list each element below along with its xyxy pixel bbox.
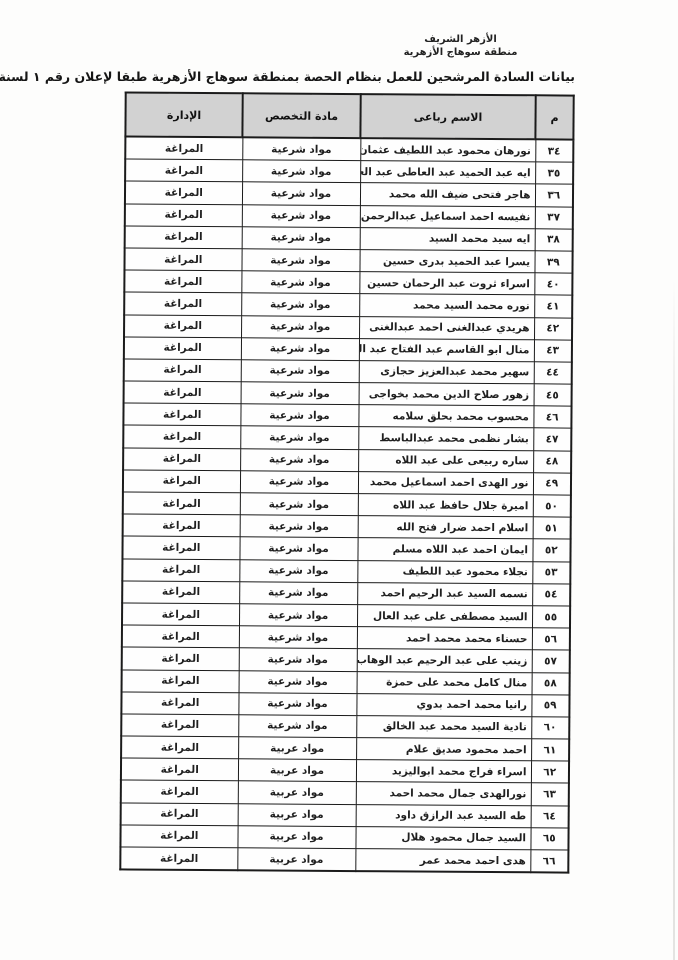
table-row: ٤٦ محسوب محمد بحلق سلامه مواد شرعية المر… — [123, 403, 571, 428]
cell-administration: المراغة — [121, 736, 238, 759]
cell-specialty-subject: مواد شرعية — [242, 227, 360, 250]
cell-candidate-name: طه السيد عبد الرازق داود — [356, 804, 531, 827]
table-header-row: م الاسم رباعى مادة التخصص الإدارة — [125, 92, 573, 139]
cell-specialty-subject: مواد شرعية — [242, 204, 360, 227]
cell-candidate-name: هاجر فتحى ضيف الله محمد — [360, 183, 535, 206]
cell-row-number: ٣٦ — [535, 184, 573, 206]
cell-specialty-subject: مواد شرعية — [239, 648, 357, 671]
cell-candidate-name: اسراء فراج محمد ابواليزيد — [356, 760, 531, 783]
cell-row-number: ٣٩ — [534, 251, 572, 273]
cell-administration: المراغة — [121, 780, 238, 803]
cell-row-number: ٥٨ — [532, 672, 570, 694]
cell-specialty-subject: مواد عربية — [238, 803, 356, 826]
cell-candidate-name: ايه عبد الحميد عبد العاطى عبد العزيز — [360, 161, 535, 184]
table-body: ٣٤ نورهان محمود عبد اللطيف عثمان مواد شر… — [120, 136, 573, 872]
cell-administration: المراغة — [120, 847, 237, 871]
table-row: ٥٦ حسناء محمد محمد احمد مواد شرعية المرا… — [122, 625, 570, 650]
cell-row-number: ٤٠ — [534, 273, 572, 295]
table-header: م الاسم رباعى مادة التخصص الإدارة — [125, 92, 573, 139]
table-row: ٦٣ نورالهدى جمال محمد احمد مواد عربية ال… — [121, 780, 569, 805]
table-row: ٤٥ زهور صلاح الدين محمد بخواجى مواد شرعي… — [124, 381, 572, 406]
cell-administration: المراغة — [124, 248, 241, 271]
cell-row-number: ٦٦ — [530, 850, 568, 873]
cell-administration: المراغة — [123, 448, 240, 471]
table-row: ٤٧ بشار نظمى محمد عبدالباسط مواد شرعية ا… — [123, 425, 571, 450]
cell-administration: المراغة — [125, 204, 242, 227]
header-admin: الإدارة — [125, 92, 242, 137]
scanned-document-page: { "org": { "line1": "الأزهر الشريف", "li… — [0, 0, 678, 960]
cell-administration: المراغة — [123, 425, 240, 448]
cell-specialty-subject: مواد شرعية — [242, 160, 360, 183]
cell-administration: المراغة — [123, 514, 240, 537]
table-row: ٣٧ نفيسه احمد اسماعيل عبدالرحمن مواد شرع… — [125, 204, 573, 229]
cell-specialty-subject: مواد شرعية — [239, 626, 357, 649]
cell-row-number: ٦٥ — [530, 828, 568, 850]
cell-administration: المراغة — [122, 603, 239, 626]
cell-candidate-name: نادية السيد محمد عبد الخالق — [356, 715, 531, 738]
table-row: ٤١ نوره محمد السيد محمد مواد شرعية المرا… — [124, 292, 572, 317]
cell-administration: المراغة — [123, 492, 240, 515]
cell-specialty-subject: مواد شرعية — [242, 137, 360, 161]
cell-row-number: ٥٦ — [532, 628, 570, 650]
cell-row-number: ٣٧ — [535, 206, 573, 228]
table-row: ٥٥ السيد مصطفى على عبد العال مواد شرعية … — [122, 603, 570, 628]
cell-row-number: ٦١ — [531, 739, 569, 761]
cell-specialty-subject: مواد عربية — [238, 781, 356, 804]
cell-specialty-subject: مواد عربية — [237, 826, 355, 849]
cell-row-number: ٦٣ — [531, 783, 569, 805]
table-row: ٣٥ ايه عبد الحميد عبد العاطى عبد العزيز … — [125, 159, 573, 184]
table-row: ٤٣ منال ابو القاسم عبد الفتاح عبد اللاه … — [124, 337, 572, 362]
cell-specialty-subject: مواد شرعية — [241, 337, 359, 360]
cell-specialty-subject: مواد شرعية — [241, 271, 359, 294]
cell-specialty-subject: مواد عربية — [238, 737, 356, 760]
cell-candidate-name: حسناء محمد محمد احمد — [357, 627, 532, 650]
cell-row-number: ٣٨ — [535, 229, 573, 251]
cell-administration: المراغة — [125, 181, 242, 204]
cell-administration: المراغة — [121, 692, 238, 715]
cell-row-number: ٥٩ — [531, 694, 569, 716]
header-subject: مادة التخصص — [242, 93, 360, 138]
cell-row-number: ٦٤ — [531, 805, 569, 827]
cell-candidate-name: نور الهدى احمد اسماعيل محمد — [358, 471, 533, 494]
cell-specialty-subject: مواد شرعية — [239, 604, 357, 627]
cell-candidate-name: اميرة جلال حافظ عبد اللاه — [358, 494, 533, 517]
cell-specialty-subject: مواد شرعية — [241, 315, 359, 338]
cell-administration: المراغة — [121, 803, 238, 826]
cell-candidate-name: هريدي عبدالغنى احمد عبدالغنى — [359, 316, 534, 339]
cell-administration: المراغة — [124, 359, 241, 382]
cell-administration: المراغة — [124, 337, 241, 360]
cell-specialty-subject: مواد شرعية — [240, 448, 358, 471]
page-edge-shadow — [673, 280, 675, 960]
cell-specialty-subject: مواد شرعية — [241, 382, 359, 405]
cell-candidate-name: احمد محمود صديق علام — [356, 738, 531, 761]
table-row: ٦٤ طه السيد عبد الرازق داود مواد عربية ا… — [121, 803, 569, 828]
cell-row-number: ٤٣ — [534, 339, 572, 361]
cell-specialty-subject: مواد شرعية — [240, 426, 358, 449]
cell-row-number: ٥٧ — [532, 650, 570, 672]
cell-row-number: ٦٠ — [531, 717, 569, 739]
cell-administration: المراغة — [125, 226, 242, 249]
cell-specialty-subject: مواد شرعية — [239, 537, 357, 560]
cell-candidate-name: السيد مصطفى على عبد العال — [357, 605, 532, 628]
table-row: ٤٤ سهير محمد عبدالعزيز حجازى مواد شرعية … — [124, 359, 572, 384]
table-row: ٣٩ يسرا عبد الحميد بدرى حسين مواد شرعية … — [124, 248, 572, 273]
cell-specialty-subject: مواد شرعية — [241, 360, 359, 383]
cell-candidate-name: نجلاء محمود عبد اللطيف — [357, 560, 532, 583]
cell-candidate-name: نوره محمد السيد محمد — [359, 294, 534, 317]
cell-row-number: ٥٣ — [532, 561, 570, 583]
cell-row-number: ٤٢ — [534, 317, 572, 339]
org-header: الأزهر الشريف منطقة سوهاج الأزهرية — [398, 33, 523, 59]
table-row: ٣٤ نورهان محمود عبد اللطيف عثمان مواد شر… — [125, 136, 573, 162]
table-row: ٤٢ هريدي عبدالغنى احمد عبدالغنى مواد شرع… — [124, 314, 572, 339]
cell-specialty-subject: مواد شرعية — [240, 471, 358, 494]
cell-administration: المراغة — [122, 647, 239, 670]
table-row: ٥١ اسلام احمد ضرار فتح الله مواد شرعية ا… — [123, 514, 571, 539]
org-name-line2: منطقة سوهاج الأزهرية — [398, 46, 523, 59]
table-row: ٦٢ اسراء فراج محمد ابواليزيد مواد عربية … — [121, 758, 569, 783]
cell-row-number: ٤٩ — [533, 473, 571, 495]
table-row: ٥٢ ايمان احمد عبد اللاه مسلم مواد شرعية … — [122, 536, 570, 561]
cell-row-number: ٤٦ — [533, 406, 571, 428]
table-row: ٥٨ منال كامل محمد على حمزة مواد شرعية ال… — [122, 669, 570, 694]
cell-row-number: ٣٤ — [535, 139, 573, 162]
cell-administration: المراغة — [124, 314, 241, 337]
table-row: ٥٤ نسمه السيد عبد الرحيم احمد مواد شرعية… — [122, 581, 570, 606]
cell-administration: المراغة — [124, 270, 241, 293]
cell-row-number: ٥٠ — [533, 495, 571, 517]
table-row: ٦٥ السيد جمال محمود هلال مواد عربية المر… — [120, 825, 568, 850]
cell-candidate-name: منال ابو القاسم عبد الفتاح عبد اللاه — [359, 338, 534, 361]
cell-candidate-name: زينب على عبد الرحيم عبد الوهاب — [357, 649, 532, 672]
candidates-table-wrapper: م الاسم رباعى مادة التخصص الإدارة ٣٤ نور… — [119, 91, 572, 873]
table-row: ٥٧ زينب على عبد الرحيم عبد الوهاب مواد ش… — [122, 647, 570, 672]
cell-specialty-subject: مواد شرعية — [238, 715, 356, 738]
cell-administration: المراغة — [122, 559, 239, 582]
cell-administration: المراغة — [120, 825, 237, 848]
cell-row-number: ٣٥ — [535, 162, 573, 184]
cell-candidate-name: منال كامل محمد على حمزة — [357, 671, 532, 694]
cell-administration: المراغة — [122, 536, 239, 559]
table-row: ٦١ احمد محمود صديق علام مواد عربية المرا… — [121, 736, 569, 761]
cell-candidate-name: بشار نظمى محمد عبدالباسط — [358, 427, 533, 450]
cell-row-number: ٤١ — [534, 295, 572, 317]
cell-administration: المراغة — [122, 581, 239, 604]
cell-specialty-subject: مواد شرعية — [240, 515, 358, 538]
cell-administration: المراغة — [121, 714, 238, 737]
cell-row-number: ٤٥ — [534, 384, 572, 406]
table-row: ٣٦ هاجر فتحى ضيف الله محمد مواد شرعية ال… — [125, 181, 573, 206]
table-row: ٦٠ نادية السيد محمد عبد الخالق مواد شرعي… — [121, 714, 569, 739]
cell-candidate-name: زهور صلاح الدين محمد بخواجى — [359, 383, 534, 406]
table-row: ٣٨ ايه سيد محمد السيد مواد شرعية المراغة — [125, 226, 573, 251]
table-row: ٤٨ ساره ربيعى على عبد اللاه مواد شرعية ا… — [123, 448, 571, 473]
cell-candidate-name: نورهان محمود عبد اللطيف عثمان — [360, 138, 535, 162]
cell-candidate-name: ايمان احمد عبد اللاه مسلم — [357, 538, 532, 561]
cell-row-number: ٤٨ — [533, 450, 571, 472]
cell-row-number: ٥٥ — [532, 606, 570, 628]
table-row: ٥٩ رانيا محمد احمد بدوي مواد شرعية المرا… — [121, 692, 569, 717]
cell-specialty-subject: مواد شرعية — [240, 404, 358, 427]
cell-specialty-subject: مواد شرعية — [242, 182, 360, 205]
cell-candidate-name: نورالهدى جمال محمد احمد — [356, 782, 531, 805]
cell-administration: المراغة — [123, 470, 240, 493]
cell-specialty-subject: مواد شرعية — [240, 493, 358, 516]
table-row: ٦٦ هدى احمد محمد عمر مواد عربية المراغة — [120, 847, 568, 873]
table-row: ٥٠ اميرة جلال حافظ عبد اللاه مواد شرعية … — [123, 492, 571, 517]
cell-row-number: ٥٢ — [532, 539, 570, 561]
table-row: ٤٩ نور الهدى احمد اسماعيل محمد مواد شرعي… — [123, 470, 571, 495]
cell-administration: المراغة — [121, 758, 238, 781]
cell-specialty-subject: مواد شرعية — [241, 249, 359, 272]
table-row: ٤٠ اسراء ثروت عبد الرحمان حسين مواد شرعي… — [124, 270, 572, 295]
cell-specialty-subject: مواد شرعية — [239, 670, 357, 693]
cell-administration: المراغة — [124, 292, 241, 315]
cell-administration: المراغة — [122, 625, 239, 648]
cell-candidate-name: رانيا محمد احمد بدوي — [356, 693, 531, 716]
cell-specialty-subject: مواد شرعية — [238, 692, 356, 715]
table-row: ٥٣ نجلاء محمود عبد اللطيف مواد شرعية الم… — [122, 559, 570, 584]
cell-row-number: ٤٧ — [533, 428, 571, 450]
cell-specialty-subject: مواد شرعية — [239, 559, 357, 582]
cell-row-number: ٥٤ — [532, 584, 570, 606]
org-name-line1: الأزهر الشريف — [398, 33, 523, 46]
cell-candidate-name: اسلام احمد ضرار فتح الله — [358, 516, 533, 539]
cell-candidate-name: يسرا عبد الحميد بدرى حسين — [359, 250, 534, 273]
header-index: م — [535, 95, 573, 139]
header-name: الاسم رباعى — [360, 94, 535, 139]
cell-candidate-name: سهير محمد عبدالعزيز حجازى — [359, 360, 534, 383]
cell-specialty-subject: مواد عربية — [238, 759, 356, 782]
cell-candidate-name: محسوب محمد بحلق سلامه — [358, 405, 533, 428]
cell-candidate-name: نفيسه احمد اسماعيل عبدالرحمن — [360, 205, 535, 228]
document-title: بيانات السادة المرشحين للعمل بنظام الحصة… — [115, 69, 575, 84]
cell-candidate-name: السيد جمال محمود هلال — [355, 826, 530, 849]
cell-administration: المراغة — [122, 669, 239, 692]
cell-specialty-subject: مواد عربية — [237, 848, 355, 872]
cell-administration: المراغة — [125, 136, 242, 160]
cell-candidate-name: ايه سيد محمد السيد — [360, 227, 535, 250]
cell-row-number: ٥١ — [533, 517, 571, 539]
candidates-table: م الاسم رباعى مادة التخصص الإدارة ٣٤ نور… — [119, 91, 574, 873]
cell-candidate-name: هدى احمد محمد عمر — [355, 849, 530, 873]
cell-specialty-subject: مواد شرعية — [241, 293, 359, 316]
cell-specialty-subject: مواد شرعية — [239, 582, 357, 605]
cell-administration: المراغة — [124, 381, 241, 404]
cell-administration: المراغة — [125, 159, 242, 182]
cell-row-number: ٤٤ — [534, 362, 572, 384]
cell-row-number: ٦٢ — [531, 761, 569, 783]
cell-candidate-name: اسراء ثروت عبد الرحمان حسين — [359, 272, 534, 295]
cell-candidate-name: نسمه السيد عبد الرحيم احمد — [357, 582, 532, 605]
cell-administration: المراغة — [123, 403, 240, 426]
cell-candidate-name: ساره ربيعى على عبد اللاه — [358, 449, 533, 472]
